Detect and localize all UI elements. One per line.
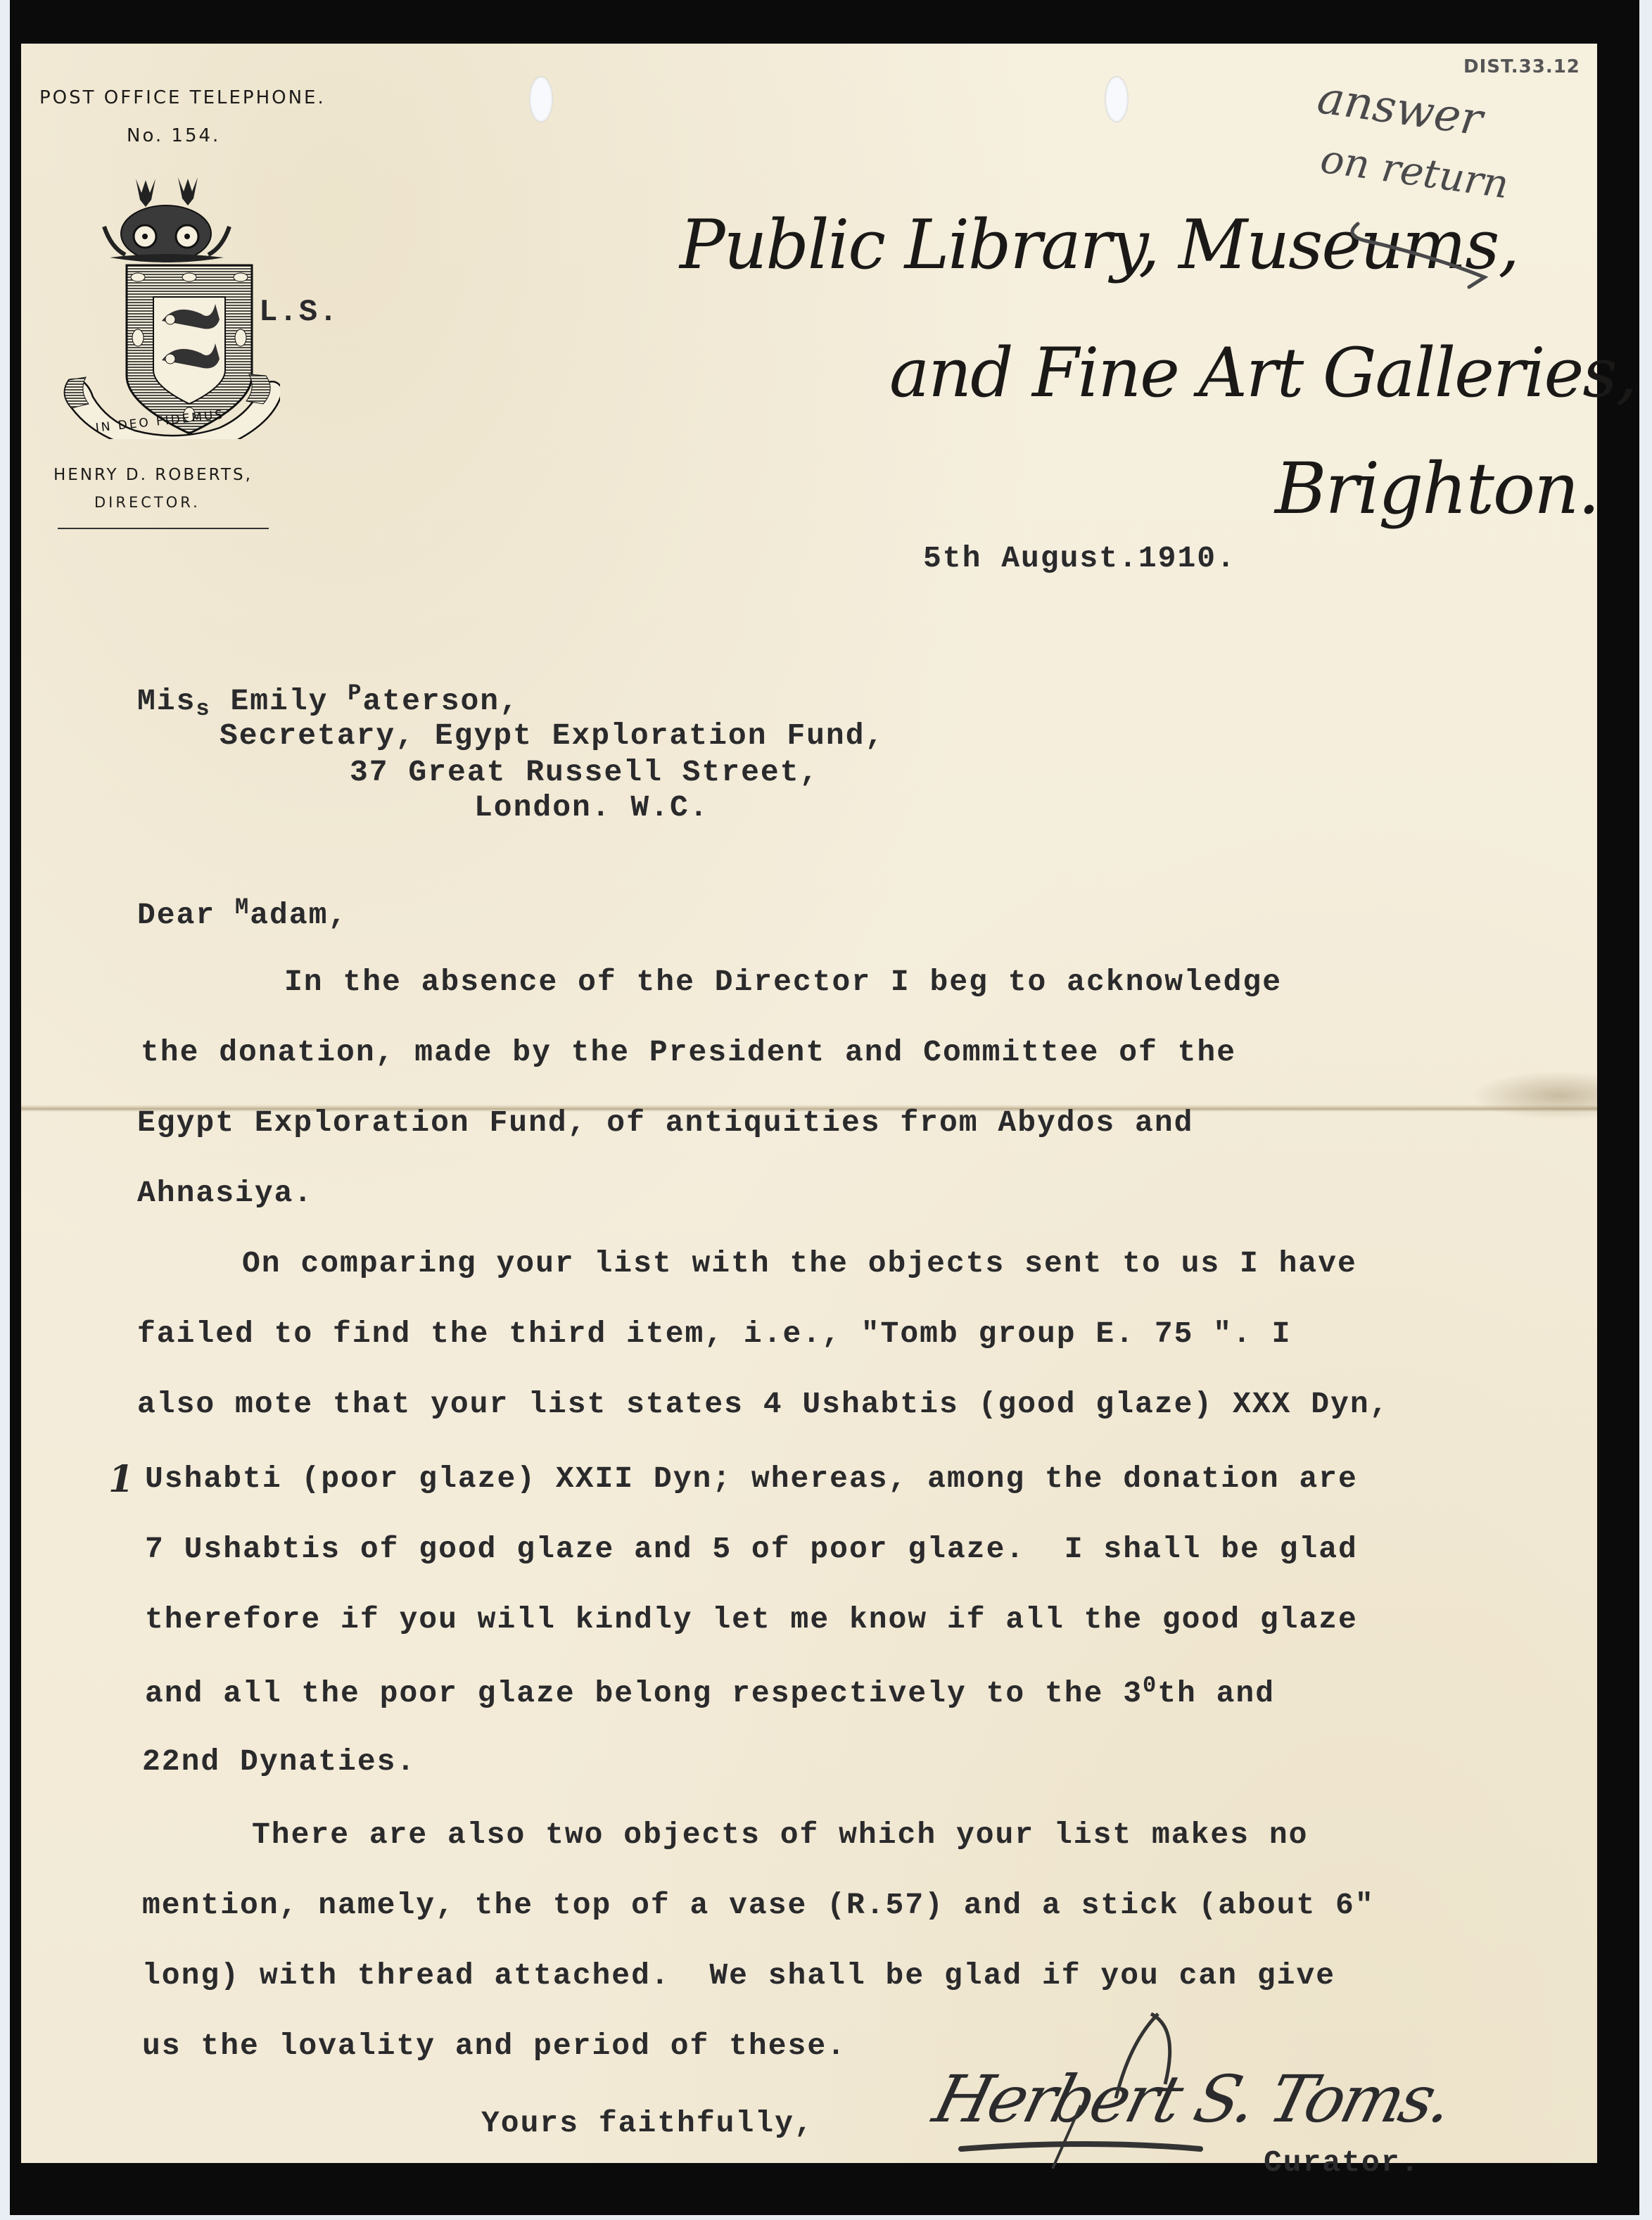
body-line: In the absence of the Director I beg to … bbox=[284, 967, 1282, 997]
handwritten-note-line2: on return bbox=[1318, 137, 1511, 208]
telephone-label: POST OFFICE TELEPHONE. bbox=[39, 87, 326, 108]
institution-city: Brighton. bbox=[1275, 448, 1599, 530]
recipient-city: London. W.C. bbox=[474, 792, 709, 823]
director-name: HENRY D. ROBERTS, bbox=[53, 466, 253, 484]
salutation: Dear Madam, bbox=[137, 896, 348, 930]
signatory-title: Curator. bbox=[1264, 2148, 1420, 2178]
body-line: 22nd Dynaties. bbox=[142, 1746, 416, 1777]
punch-hole-icon bbox=[529, 76, 553, 122]
body-line: failed to find the third item, i.e., "To… bbox=[137, 1319, 1291, 1349]
archive-reference: DIST.33.12 bbox=[1463, 56, 1580, 77]
recipient-title: Secretary, Egypt Exploration Fund, bbox=[220, 721, 884, 751]
body-line: 7 Ushabtis of good glaze and 5 of poor g… bbox=[145, 1534, 1358, 1564]
margin-correction-mark: 1 bbox=[108, 1458, 134, 1501]
institution-name-line2: and Fine Art Galleries, bbox=[889, 334, 1636, 412]
letter-page: POST OFFICE TELEPHONE. No. 154. bbox=[21, 44, 1597, 2163]
reference-initials: L.S. bbox=[259, 297, 339, 328]
handwritten-note-line1: answer bbox=[1314, 72, 1485, 146]
recipient-name: Miss Emily Paterson, bbox=[137, 683, 519, 721]
signature-flourish-icon bbox=[940, 2000, 1306, 2169]
body-line: long) with thread attached. We shall be … bbox=[142, 1960, 1335, 1991]
telephone-number: No. 154. bbox=[127, 125, 220, 146]
body-line: the donation, made by the President and … bbox=[141, 1037, 1236, 1067]
body-line: There are also two objects of which your… bbox=[252, 1820, 1308, 1850]
letter-date: 5th August.1910. bbox=[923, 543, 1236, 573]
body-line: Ushabti (poor glaze) XXII Dyn; whereas, … bbox=[145, 1464, 1358, 1494]
body-line: therefore if you will kindly let me know… bbox=[145, 1604, 1358, 1635]
recipient-street: 37 Great Russell Street, bbox=[350, 757, 819, 787]
body-line: also mote that your list states 4 Ushabt… bbox=[137, 1389, 1389, 1419]
body-line: On comparing your list with the objects … bbox=[242, 1248, 1357, 1279]
punch-hole-icon bbox=[1105, 76, 1129, 122]
body-line: Egypt Exploration Fund, of antiquities f… bbox=[137, 1108, 1193, 1138]
coat-of-arms-crest-icon: IN DEO FIDEMUS bbox=[55, 172, 280, 439]
body-line: mention, namely, the top of a vase (R.57… bbox=[142, 1890, 1375, 1920]
body-line: us the lovality and period of these. bbox=[142, 2031, 846, 2061]
fold-stain bbox=[1470, 1071, 1597, 1120]
closing: Yours faithfully, bbox=[481, 2108, 814, 2138]
director-title: DIRECTOR. bbox=[94, 494, 201, 511]
body-line: Ahnasiya. bbox=[137, 1178, 313, 1208]
letterhead-divider bbox=[58, 528, 269, 529]
handwritten-underline-icon bbox=[1344, 220, 1506, 297]
body-line: and all the poor glaze belong respective… bbox=[145, 1675, 1275, 1708]
